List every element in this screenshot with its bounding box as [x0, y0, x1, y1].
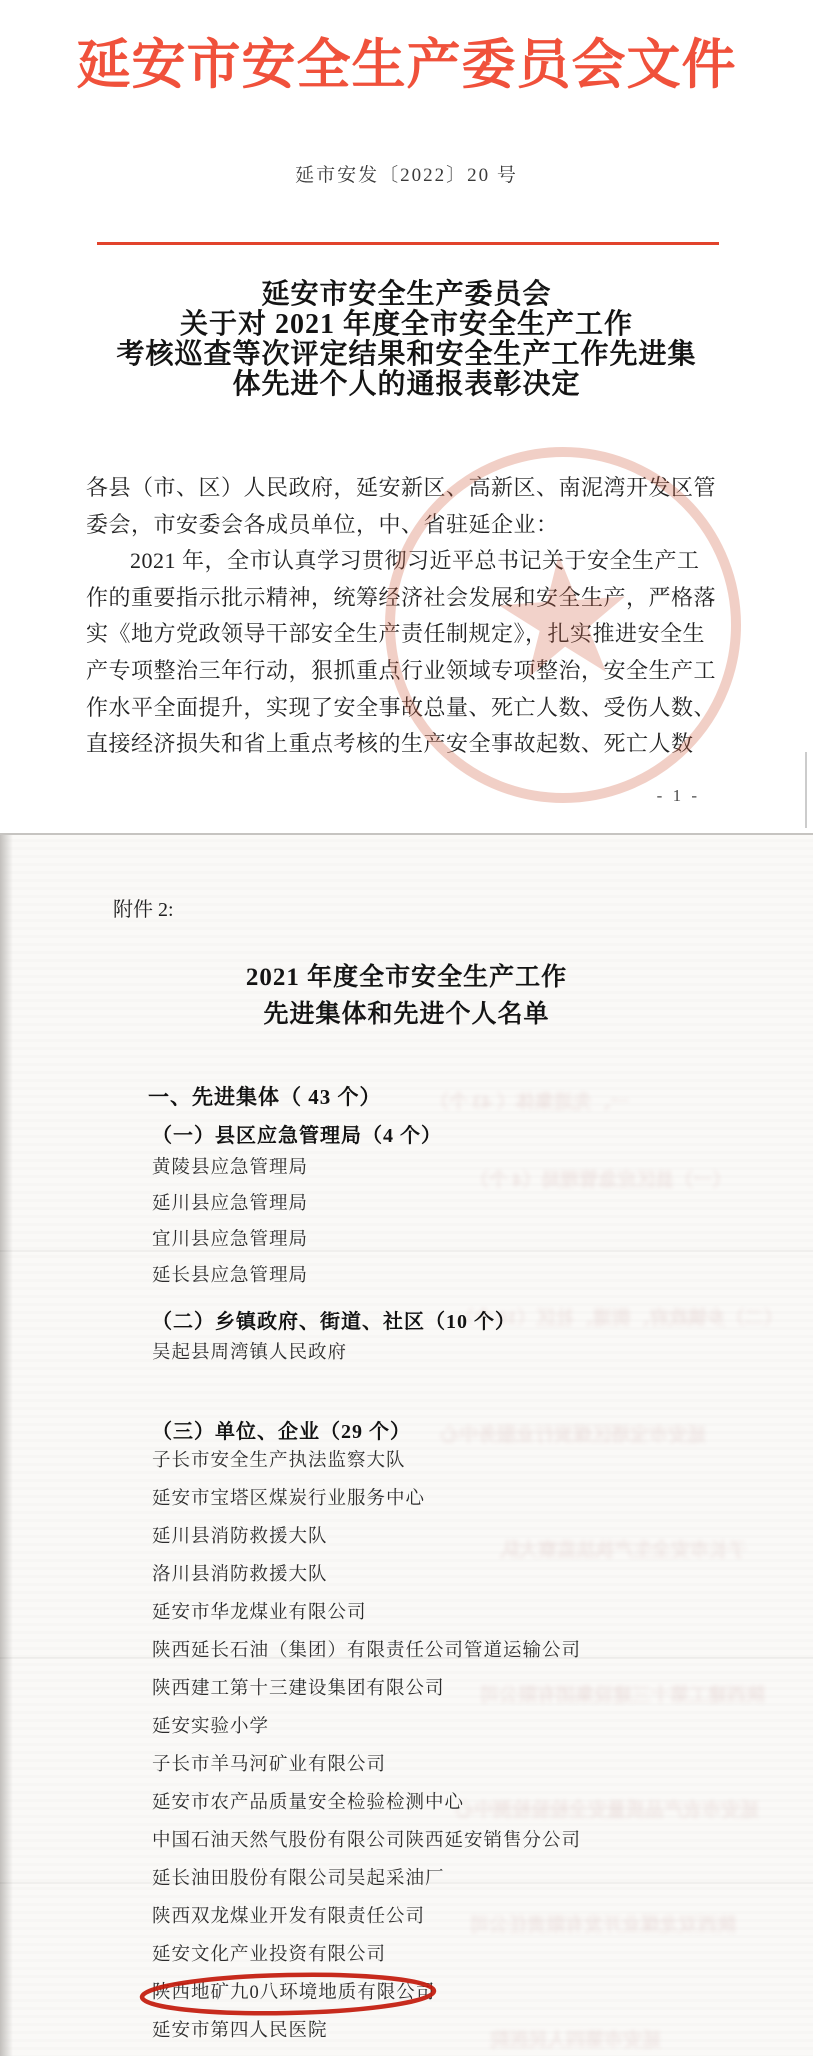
document-title: 延安市安全生产委员会 关于对 2021 年度全市安全生产工作 考核巡查等次评定结… — [0, 280, 813, 400]
awardee-name: 陕西地矿九0八环境地质有限公司 — [152, 1983, 435, 2003]
document-scan: 延安市安全生产委员会文件 延市安发〔2022〕20 号 延安市安全生产委员会 关… — [0, 0, 813, 2056]
body-line: 作水平全面提升，实现了安全事故总量、死亡人数、受伤人数、 — [86, 690, 730, 727]
group-list-enterprises: 子长市安全生产执法监察大队 延安市宝塔区煤炭行业服务中心 延川县消防救援大队 洛… — [152, 1448, 581, 2056]
awardee-list-item: 延安市宝塔区煤炭行业服务中心 — [152, 1486, 581, 1524]
bleedthrough-text: 一、先进集体（ 43 个） — [430, 1087, 630, 1114]
scan-edge-artifact — [805, 752, 807, 828]
title-line: 考核巡查等次评定结果和安全生产工作先进集 — [0, 340, 813, 370]
awardee-list-item: 延长油田股份有限公司吴起采油厂 — [152, 1866, 581, 1904]
body-line: 作的重要指示批示精神，统筹经济社会发展和安全生产，严格落 — [86, 580, 730, 617]
section-heading-advanced-collectives: 一、先进集体（ 43 个） — [148, 1081, 382, 1111]
awardee-list-item: 延安实验小学 — [152, 1714, 581, 1752]
attachment-title-line: 先进集体和先进个人名单 — [0, 996, 813, 1033]
body-line: 产专项整治三年行动，狠抓重点行业领域专项整治，安全生产工 — [86, 653, 730, 690]
page-number: - 1 - — [657, 786, 700, 806]
group-list-county-bureaus: 黄陵县应急管理局 延川县应急管理局 宜川县应急管理局 延长县应急管理局 — [152, 1155, 308, 1299]
awardee-list-item: 陕西双龙煤业开发有限责任公司 — [152, 1904, 581, 1942]
title-line: 体先进个人的通报表彰决定 — [0, 370, 813, 400]
title-line: 关于对 2021 年度全市安全生产工作 — [0, 310, 813, 340]
group-heading-enterprises: （三）单位、企业（29 个） — [152, 1415, 411, 1444]
attachment-label: 附件 2: — [113, 893, 174, 922]
red-divider-line — [97, 242, 719, 245]
attachment-title: 2021 年度全市安全生产工作 先进集体和先进个人名单 — [0, 959, 813, 1033]
awardee-list-item: 陕西建工第十三建设集团有限公司 — [152, 1676, 581, 1714]
salutation-line: 委会，市安委会各成员单位，中、省驻延企业： — [86, 507, 730, 544]
awardee-list-item: 吴起县周湾镇人民政府 — [152, 1340, 347, 1376]
title-line: 延安市安全生产委员会 — [0, 280, 813, 310]
awardee-list-item: 洛川县消防救援大队 — [152, 1562, 581, 1600]
salutation-line: 各县（市、区）人民政府，延安新区、高新区、南泥湾开发区管 — [86, 470, 730, 507]
group-list-townships: 吴起县周湾镇人民政府 — [152, 1340, 347, 1376]
document-number: 延市安发〔2022〕20 号 — [0, 160, 813, 187]
bleedthrough-text: 延安市宝塔区煤炭行业服务中心 — [440, 1420, 706, 1447]
attachment-title-line: 2021 年度全市安全生产工作 — [0, 959, 813, 996]
body-line: 实《地方党政领导干部安全生产责任制规定》，扎实推进安全生 — [86, 616, 730, 653]
awardee-list-item: 宜川县应急管理局 — [152, 1227, 308, 1263]
awardee-list-item: 黄陵县应急管理局 — [152, 1155, 308, 1191]
red-circle-annotation-target: 陕西地矿九0八环境地质有限公司 — [152, 1980, 435, 2007]
red-header-title: 延安市安全生产委员会文件 — [0, 26, 813, 104]
group-heading-county-bureaus: （一）县区应急管理局（4 个） — [152, 1119, 442, 1148]
awardee-list-item: 延长县应急管理局 — [152, 1263, 308, 1299]
body-line: 直接经济损失和省上重点考核的生产安全事故起数、死亡人数 — [86, 726, 730, 763]
awardee-list-item: 延安市农产品质量安全检验检测中心 — [152, 1790, 581, 1828]
awardee-list-item: 陕西延长石油（集团）有限责任公司管道运输公司 — [152, 1638, 581, 1676]
awardee-list-item: 延川县消防救援大队 — [152, 1524, 581, 1562]
document-body: 各县（市、区）人民政府，延安新区、高新区、南泥湾开发区管 委会，市安委会各成员单… — [86, 470, 730, 763]
awardee-list-item: 延安文化产业投资有限公司 — [152, 1942, 581, 1980]
body-line: 2021 年，全市认真学习贯彻习近平总书记关于安全生产工 — [86, 543, 730, 580]
awardee-list-item-highlighted: 陕西地矿九0八环境地质有限公司 — [152, 1980, 581, 2018]
page-2: 一、先进集体（ 43 个） （一）县区应急管理局（4 个） （二）乡镇政府、街道… — [0, 833, 813, 2056]
awardee-list-item: 延安市第四人民医院 — [152, 2018, 581, 2056]
awardee-list-item: 延川县应急管理局 — [152, 1191, 308, 1227]
awardee-list-item: 延安市华龙煤业有限公司 — [152, 1600, 581, 1638]
page-1: 延安市安全生产委员会文件 延市安发〔2022〕20 号 延安市安全生产委员会 关… — [0, 0, 813, 826]
awardee-list-item: 子长市羊马河矿业有限公司 — [152, 1752, 581, 1790]
scan-seam — [0, 1250, 813, 1252]
bleedthrough-text: （一）县区应急管理局（4 个） — [470, 1165, 731, 1192]
group-heading-townships: （二）乡镇政府、街道、社区（10 个） — [152, 1305, 516, 1334]
awardee-list-item: 中国石油天然气股份有限公司陕西延安销售分公司 — [152, 1828, 581, 1866]
awardee-list-item: 子长市安全生产执法监察大队 — [152, 1448, 581, 1486]
